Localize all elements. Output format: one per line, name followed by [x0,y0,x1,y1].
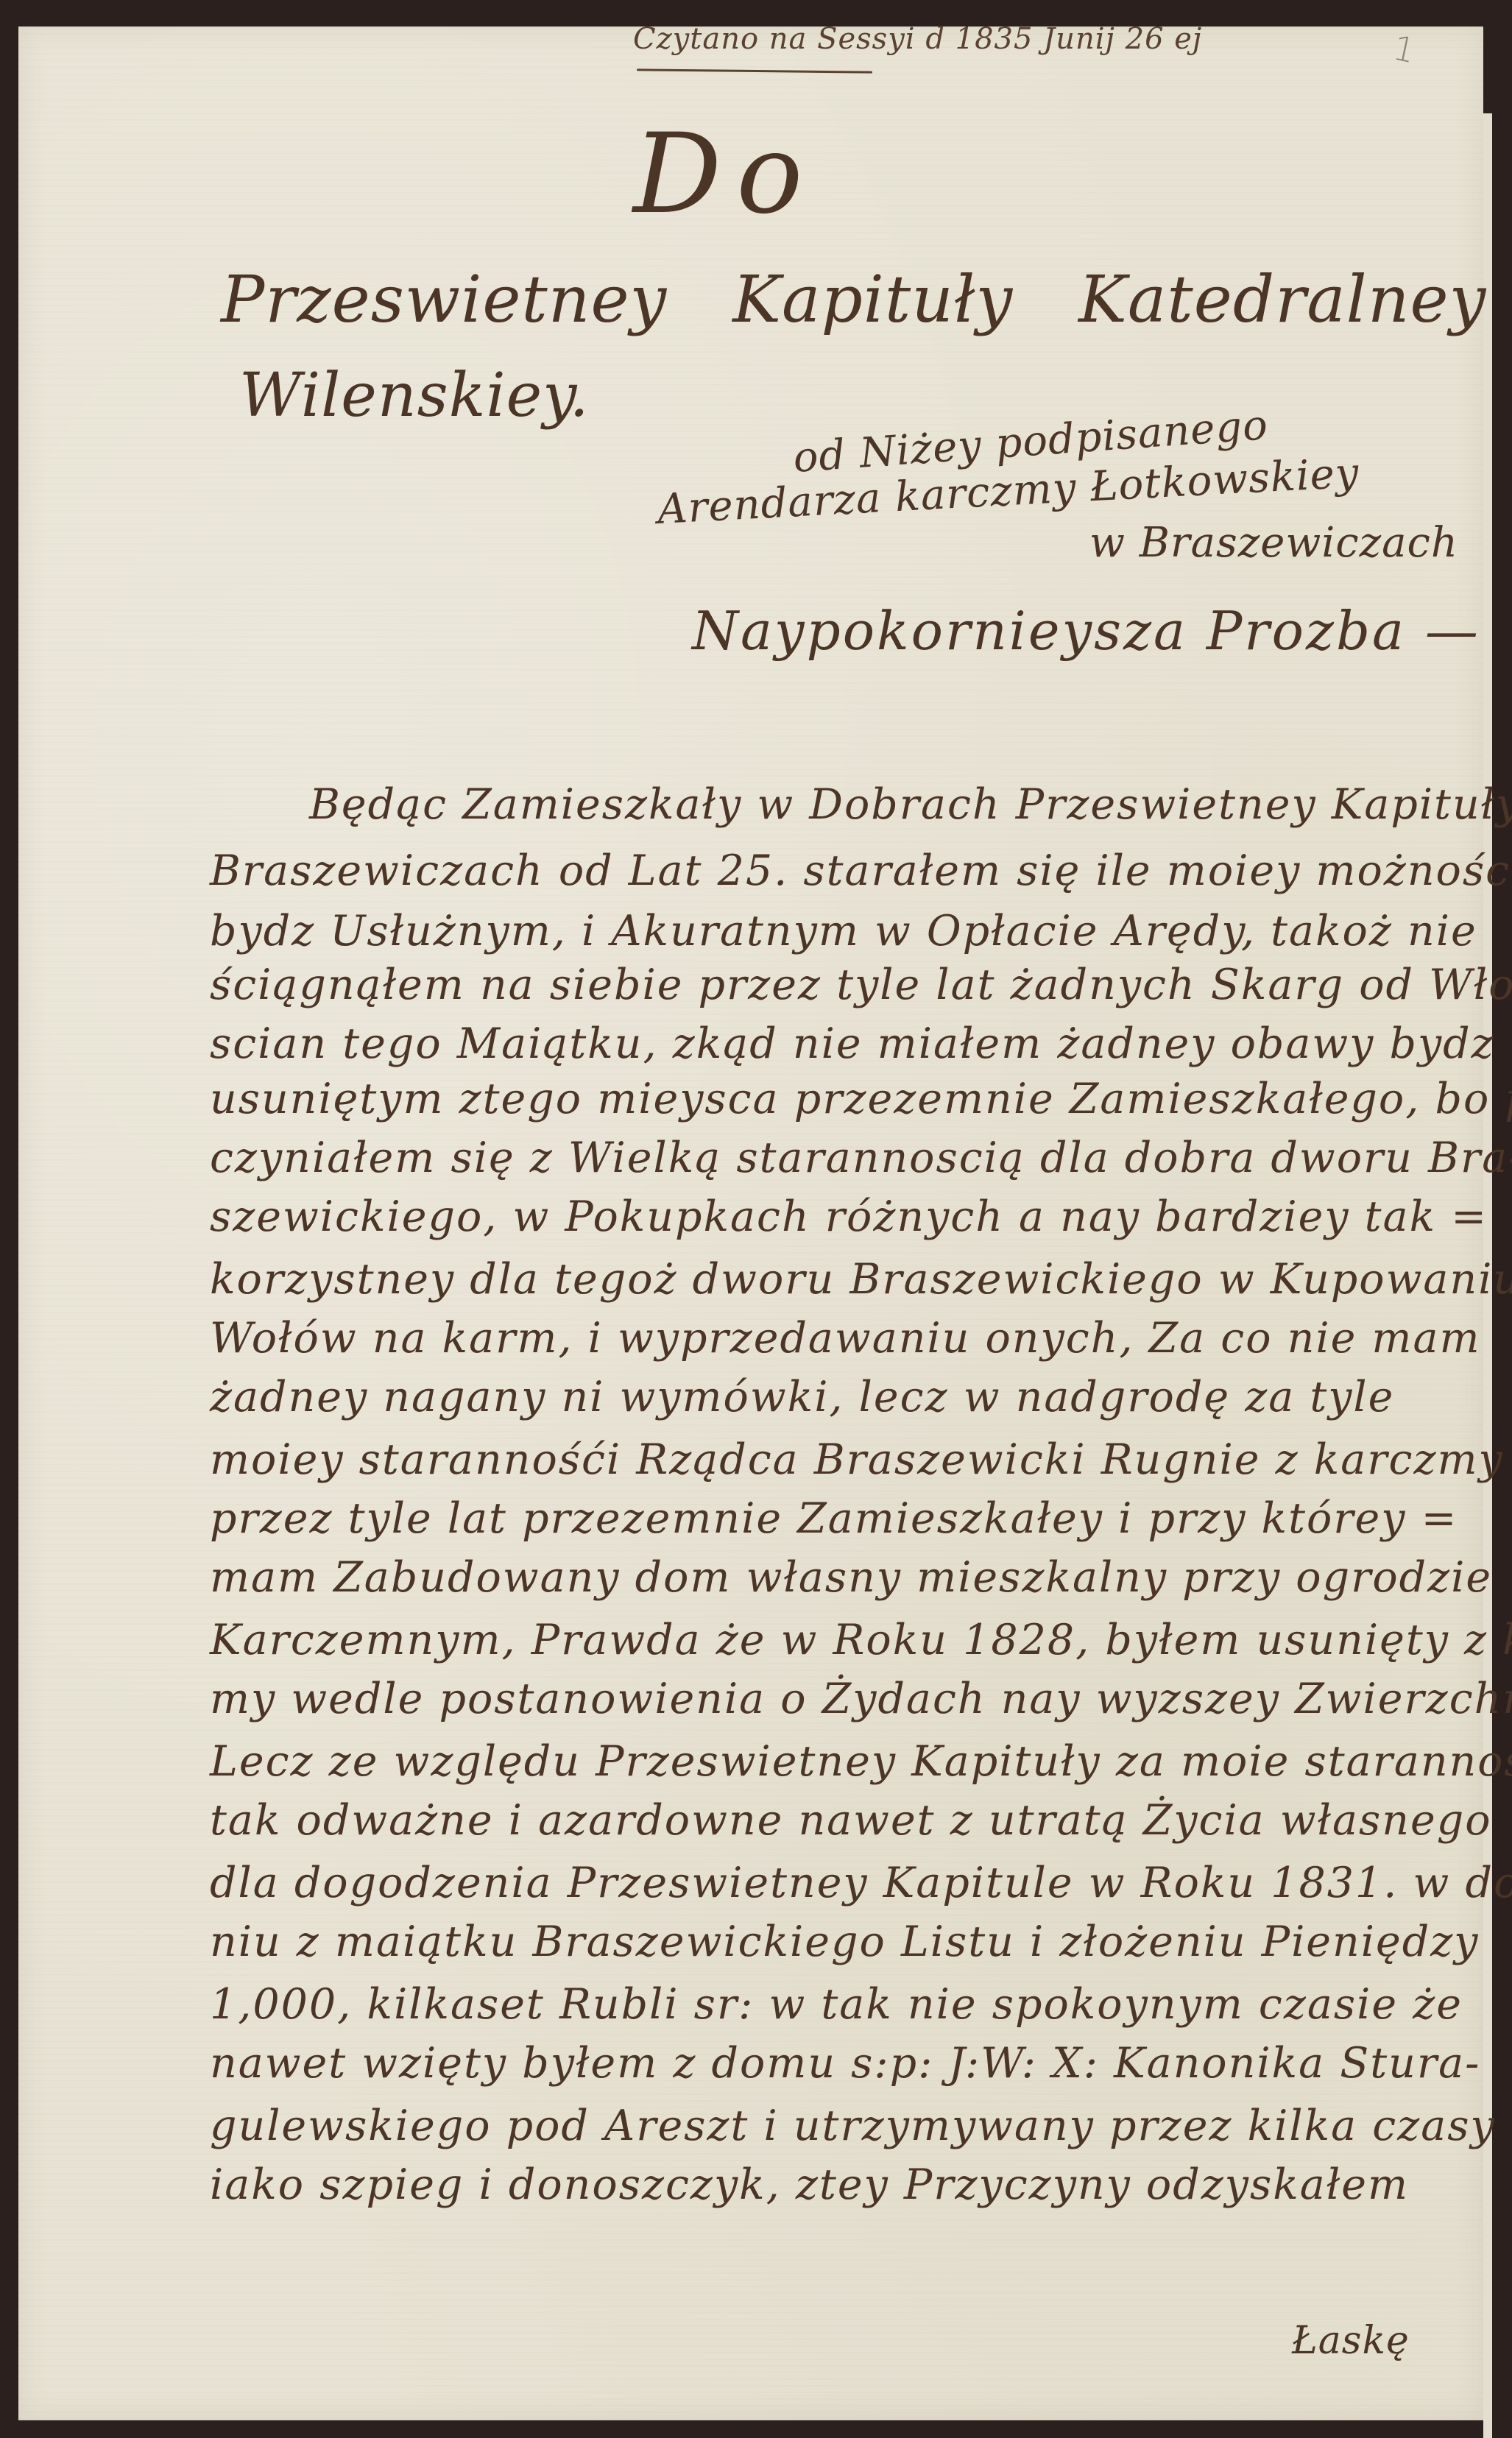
catchword: Łaskę [1292,2319,1410,2363]
salutation: Do [633,110,818,239]
body-line: Lecz ze względu Przeswietney Kapituły za… [210,1737,1512,1786]
body-line: moiey starannośći Rządca Braszewicki Rug… [210,1435,1504,1484]
body-line: gulewskiego pod Areszt i utrzymywany prz… [210,2102,1496,2150]
body-line: 1,000, kilkaset Rubli sr: w tak nie spok… [210,1980,1463,2029]
body-line: Będąc Zamieszkały w Dobrach Przeswietney… [309,780,1512,829]
body-line: mam Zabudowany dom własny mieszkalny prz… [210,1553,1492,1602]
body-line: szewickiego, w Pokupkach różnych a nay b… [210,1192,1488,1241]
body-line: ściągnąłem na siebie przez tyle lat żadn… [210,961,1512,1009]
body-line: my wedle postanowienia o Żydach nay wyzs… [210,1675,1512,1723]
body-line: niu z maiątku Braszewickiego Listu i zło… [210,1918,1479,1966]
sender-line-3: w Braszewiczach [1089,519,1458,567]
body-line: scian tego Maiątku, zkąd nie miałem żadn… [210,1020,1495,1068]
body-line: usuniętym ztego mieysca przezemnie Zamie… [210,1075,1512,1123]
body-line: bydz Usłużnym, i Akuratnym w Opłacie Arę… [210,907,1477,955]
body-line: nawet wzięty byłem z domu s:p: J:W: X: K… [210,2039,1480,2088]
header-annotation: Czytano na Sessyi d 1835 Junij 26 ej [633,22,1202,56]
body-line: przez tyle lat przezemnie Zamieszkałey i… [210,1494,1458,1543]
body-line: korzystney dla tegoż dworu Braszewickieg… [210,1255,1512,1304]
body-line: Wołów na karm, i wyprzedawaniu onych, Za… [210,1314,1481,1363]
petition-title: Naypokornieysza Prozba — [692,600,1480,662]
body-line: iako szpieg i donoszczyk, ztey Przyczyny… [210,2160,1409,2209]
body-line: dla dogodzenia Przeswietney Kapitule w R… [210,1859,1512,1907]
body-line: Braszewiczach od Lat 25. starałem się il… [210,847,1512,895]
addressee-line-1: Przeswietney Kapituły Katedralney [221,261,1486,337]
body-line: tak odważne i azardowne nawet z utratą Ż… [210,1796,1492,1845]
body-line: czyniałem się z Wielką starannoscią dla … [210,1134,1512,1182]
body-line: Karczemnym, Prawda że w Roku 1828, byłem… [210,1616,1512,1664]
body-line: żadney nagany ni wymówki, lecz w nadgrod… [210,1373,1394,1421]
addressee-line-2: Wilenskiey. [239,361,590,431]
